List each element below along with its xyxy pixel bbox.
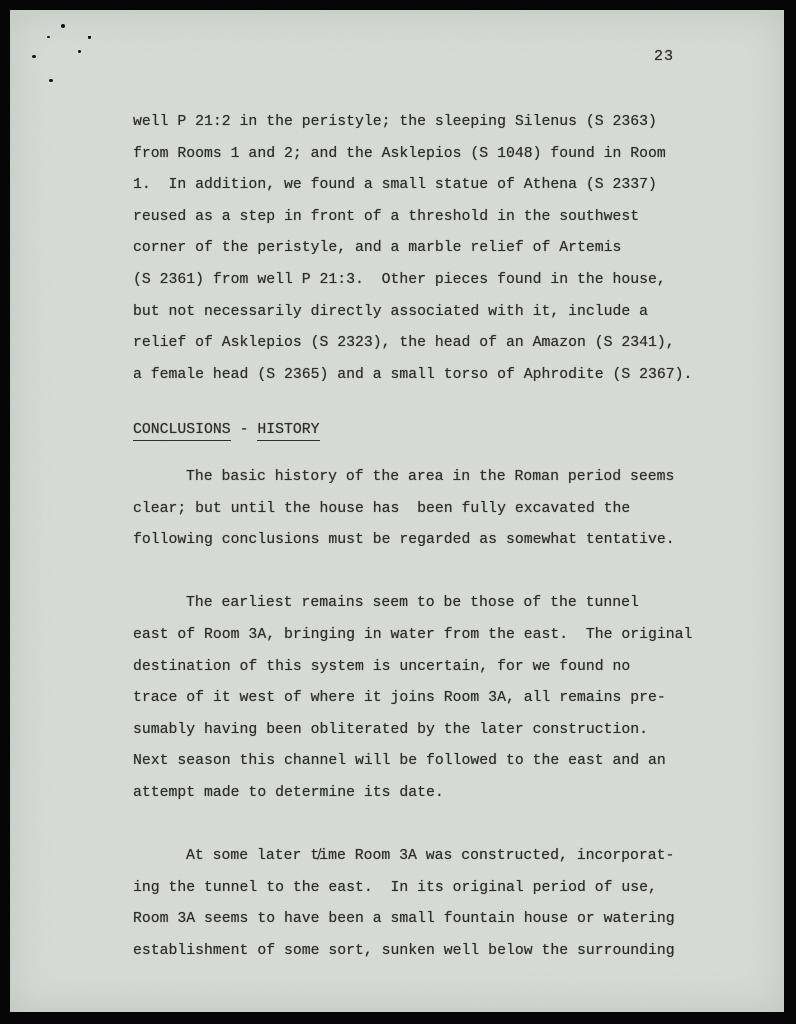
text-line: establishment of some sort, sunken well … xyxy=(133,936,733,968)
paragraph: The basic history of the area in the Rom… xyxy=(133,462,733,557)
text-line: east of Room 3A, bringing in water from … xyxy=(133,620,733,652)
typewritten-page: 23 well P 21:2 in the peristyle; the sle… xyxy=(10,10,784,1012)
ink-speck xyxy=(47,36,50,38)
paragraph: At some later t̸ime Room 3A was construc… xyxy=(133,841,733,967)
text-line: clear; but until the house has been full… xyxy=(133,494,733,526)
text-line: sumably having been obliterated by the l… xyxy=(133,715,733,747)
text-line: well P 21:2 in the peristyle; the sleepi… xyxy=(133,107,733,139)
text-line: Next season this channel will be followe… xyxy=(133,746,733,778)
heading-line: CONCLUSIONS - HISTORY xyxy=(133,417,733,449)
page-number: 23 xyxy=(654,48,674,65)
ink-speck xyxy=(32,55,36,58)
scanned-document-frame: 23 well P 21:2 in the peristyle; the sle… xyxy=(0,0,796,1024)
heading-text: CONCLUSIONS xyxy=(133,422,231,441)
ink-speck xyxy=(49,79,53,82)
text-line: 1. In addition, we found a small statue … xyxy=(133,170,733,202)
text-line: relief of Asklepios (S 2323), the head o… xyxy=(133,328,733,360)
text-line: trace of it west of where it joins Room … xyxy=(133,683,733,715)
ink-speck xyxy=(78,50,81,53)
text-line: a female head (S 2365) and a small torso… xyxy=(133,360,733,392)
text-line: following conclusions must be regarded a… xyxy=(133,525,733,557)
paragraph: The earliest remains seem to be those of… xyxy=(133,588,733,809)
text-line: from Rooms 1 and 2; and the Asklepios (S… xyxy=(133,139,733,171)
ink-speck xyxy=(88,36,91,39)
text-line: (S 2361) from well P 21:3. Other pieces … xyxy=(133,265,733,297)
text-line: At some later t̸ime Room 3A was construc… xyxy=(133,841,733,873)
text-line: reused as a step in front of a threshold… xyxy=(133,202,733,234)
section-heading: CONCLUSIONS - HISTORY xyxy=(133,417,733,449)
text-line: ing the tunnel to the east. In its origi… xyxy=(133,873,733,905)
text-line: corner of the peristyle, and a marble re… xyxy=(133,233,733,265)
paragraph: well P 21:2 in the peristyle; the sleepi… xyxy=(133,107,733,391)
document-body: well P 21:2 in the peristyle; the sleepi… xyxy=(133,107,733,967)
text-line: The earliest remains seem to be those of… xyxy=(133,588,733,620)
text-line: The basic history of the area in the Rom… xyxy=(133,462,733,494)
ink-speck xyxy=(61,24,65,28)
heading-text: HISTORY xyxy=(257,422,319,441)
text-line: destination of this system is uncertain,… xyxy=(133,652,733,684)
heading-text: - xyxy=(231,422,258,438)
text-line: attempt made to determine its date. xyxy=(133,778,733,810)
text-line: Room 3A seems to have been a small fount… xyxy=(133,904,733,936)
text-line: but not necessarily directly associated … xyxy=(133,297,733,329)
